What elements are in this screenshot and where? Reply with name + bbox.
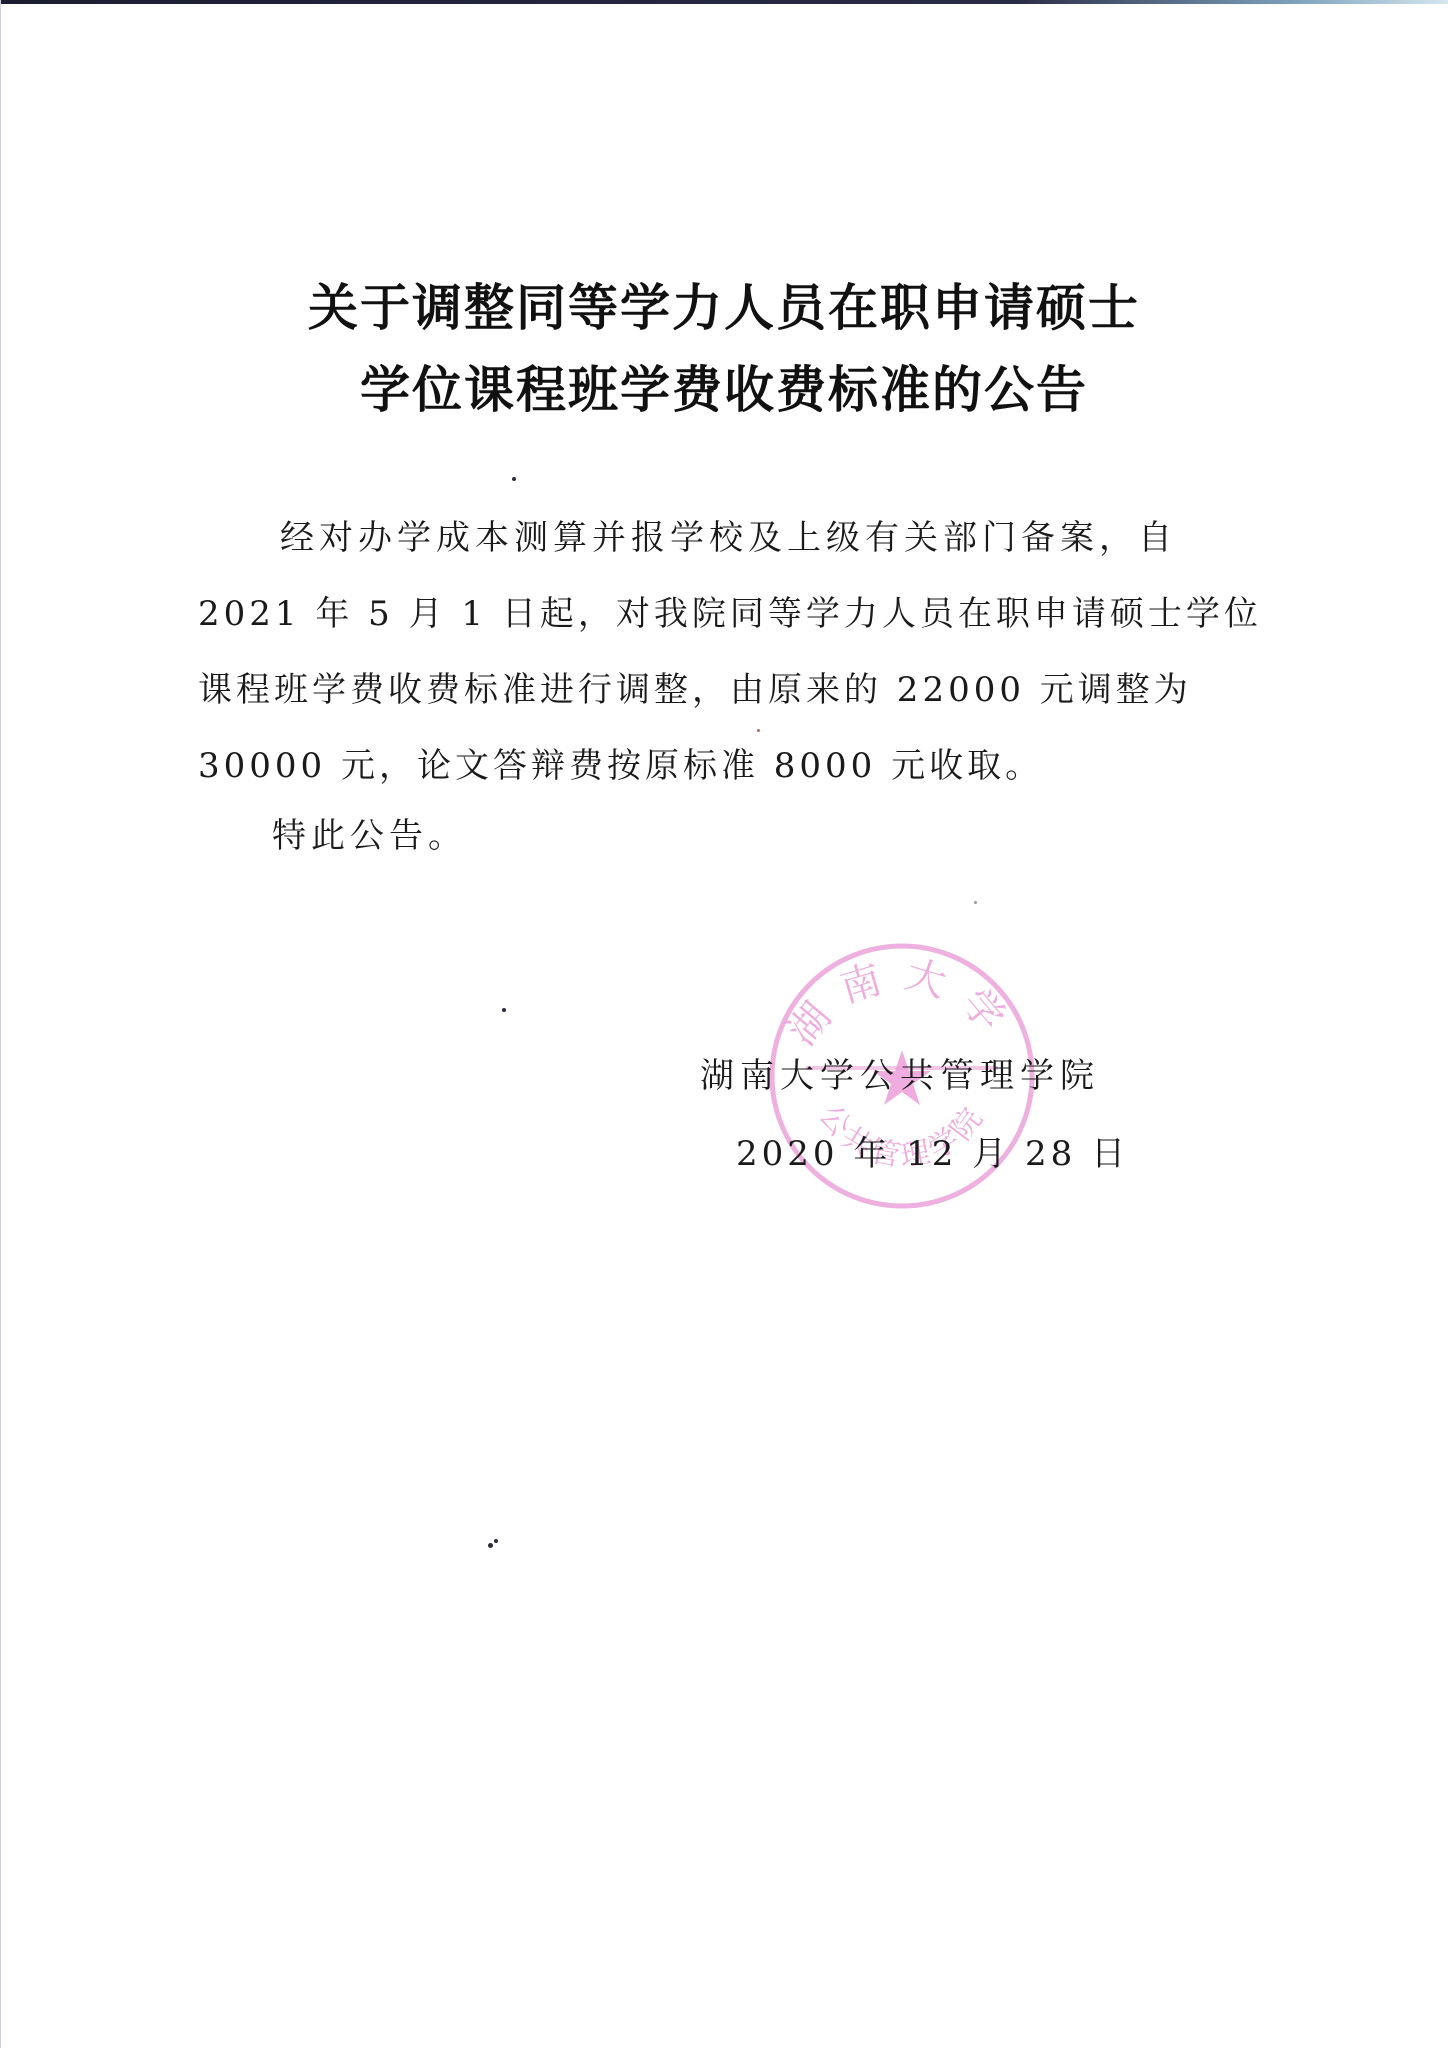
scan-speck	[512, 477, 516, 481]
closing-remark: 特此公告。	[272, 808, 467, 857]
scan-speck	[488, 1543, 493, 1548]
body-paragraph-line-1: 经对办学成本测算并报学校及上级有关部门备案，自	[280, 510, 1177, 559]
stamp-top-text: 湖南大学	[779, 951, 1025, 1054]
issue-date: 2020 年 12 月 28 日	[736, 1126, 1129, 1175]
document-title-line-1: 关于调整同等学力人员在职申请硕士	[0, 268, 1448, 340]
body-paragraph-line-2: 2021 年 5 月 1 日起，对我院同等学力人员在职申请硕士学位	[198, 586, 1262, 635]
body-paragraph-line-3: 课程班学费收费标准进行调整，由原来的 22000 元调整为	[198, 662, 1192, 711]
scanned-document-page: 关于调整同等学力人员在职申请硕士 学位课程班学费收费标准的公告 经对办学成本测算…	[0, 0, 1448, 2048]
issuing-organization: 湖南大学公共管理学院	[700, 1048, 1100, 1097]
scan-speck	[757, 729, 760, 732]
svg-text:湖南大学: 湖南大学	[779, 951, 1025, 1054]
scanner-edge-shadow	[0, 0, 1448, 4]
body-paragraph-line-4: 30000 元，论文答辩费按原标准 8000 元收取。	[198, 738, 1043, 787]
document-title-line-2: 学位课程班学费收费标准的公告	[0, 350, 1448, 422]
scan-speck	[494, 1539, 498, 1543]
scan-speck	[502, 1008, 506, 1012]
scan-speck	[974, 901, 977, 904]
